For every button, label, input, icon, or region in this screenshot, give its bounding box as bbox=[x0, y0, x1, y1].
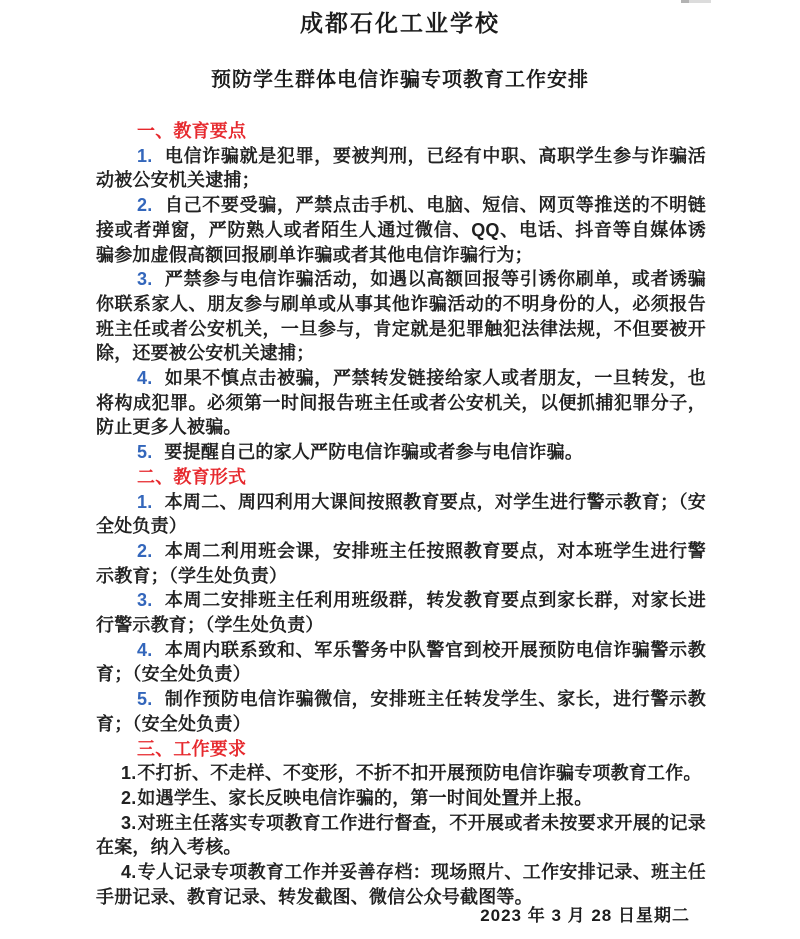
list-item: 2.自己不要受骗，严禁点击手机、电脑、短信、网页等推送的不明链接或者弹窗，严防熟… bbox=[96, 193, 706, 267]
screen-artifact bbox=[681, 0, 711, 3]
item-number: 4. bbox=[137, 368, 152, 388]
item-number: 4. bbox=[121, 862, 136, 882]
item-text: 要提醒自己的家人严防电信诈骗或者参与电信诈骗。 bbox=[164, 442, 583, 462]
item-number: 4. bbox=[137, 640, 152, 660]
item-number: 1. bbox=[137, 146, 152, 166]
item-number: 1. bbox=[137, 492, 152, 512]
item-text: 如遇学生、家长反映电信诈骗的，第一时间处置并上报。 bbox=[137, 788, 592, 808]
section-heading: 二、教育形式 bbox=[96, 465, 706, 490]
list-item: 2.本周二利用班会课，安排班主任按照教育要点，对本班学生进行警示教育；（学生处负… bbox=[96, 539, 706, 588]
item-text: 本周二安排班主任利用班级群，转发教育要点到家长群，对家长进行警示教育；（学生处负… bbox=[96, 590, 706, 635]
item-text: 电信诈骗就是犯罪，要被判刑，已经有中职、高职学生参与诈骗活动被公安机关逮捕； bbox=[96, 146, 706, 191]
list-item: 5.制作预防电信诈骗微信，安排班主任转发学生、家长，进行警示教育；（安全处负责） bbox=[96, 687, 706, 736]
list-item: 3.对班主任落实专项教育工作进行督查，不开展或者未按要求开展的记录在案，纳入考核… bbox=[96, 811, 706, 860]
list-item: 4.本周内联系致和、军乐警务中队警官到校开展预防电信诈骗警示教育；（安全处负责） bbox=[96, 638, 706, 687]
screen-artifact-tip bbox=[681, 0, 689, 3]
doc-subtitle: 预防学生群体电信诈骗专项教育工作安排 bbox=[0, 38, 800, 92]
item-number: 3. bbox=[137, 269, 152, 289]
document-body: 一、教育要点 1.电信诈骗就是犯罪，要被判刑，已经有中职、高职学生参与诈骗活动被… bbox=[96, 119, 706, 910]
document-page: 成都石化工业学校 预防学生群体电信诈骗专项教育工作安排 一、教育要点 1.电信诈… bbox=[0, 0, 800, 939]
item-number: 2. bbox=[121, 788, 136, 808]
doc-date: 2023 年 3 月 28 日星期二 bbox=[480, 901, 690, 926]
item-text: 本周内联系致和、军乐警务中队警官到校开展预防电信诈骗警示教育；（安全处负责） bbox=[96, 640, 706, 685]
list-item: 1.电信诈骗就是犯罪，要被判刑，已经有中职、高职学生参与诈骗活动被公安机关逮捕； bbox=[96, 144, 706, 193]
item-text: 本周二利用班会课，安排班主任按照教育要点，对本班学生进行警示教育；（学生处负责） bbox=[96, 541, 706, 586]
list-item: 3.严禁参与电信诈骗活动，如遇以高额回报等引诱你刷单，或者诱骗你联系家人、朋友参… bbox=[96, 267, 706, 366]
item-text: 如果不慎点击被骗，严禁转发链接给家人或者朋友，一旦转发，也将构成犯罪。必须第一时… bbox=[96, 368, 706, 437]
item-number: 2. bbox=[137, 541, 152, 561]
item-text: 本周二、周四利用大课间按照教育要点，对学生进行警示教育；（安全处负责） bbox=[96, 492, 706, 537]
item-number: 5. bbox=[137, 689, 152, 709]
list-item: 3.本周二安排班主任利用班级群，转发教育要点到家长群，对家长进行警示教育；（学生… bbox=[96, 588, 706, 637]
list-item: 4.如果不慎点击被骗，严禁转发链接给家人或者朋友，一旦转发，也将构成犯罪。必须第… bbox=[96, 366, 706, 440]
item-text: 不打折、不走样、不变形，不折不扣开展预防电信诈骗专项教育工作。 bbox=[137, 763, 701, 783]
item-text: 严禁参与电信诈骗活动，如遇以高额回报等引诱你刷单，或者诱骗你联系家人、朋友参与刷… bbox=[96, 269, 706, 363]
item-number: 3. bbox=[137, 590, 152, 610]
page-title: 成都石化工业学校 bbox=[0, 0, 800, 38]
item-number: 5. bbox=[137, 442, 152, 462]
item-text: 对班主任落实专项教育工作进行督查，不开展或者未按要求开展的记录在案，纳入考核。 bbox=[96, 813, 706, 858]
item-number: 2. bbox=[137, 195, 152, 215]
list-item: 5.要提醒自己的家人严防电信诈骗或者参与电信诈骗。 bbox=[96, 440, 706, 465]
list-item: 1.不打折、不走样、不变形，不折不扣开展预防电信诈骗专项教育工作。 bbox=[96, 761, 706, 786]
item-text: 制作预防电信诈骗微信，安排班主任转发学生、家长，进行警示教育；（安全处负责） bbox=[96, 689, 706, 734]
section-work-requirements: 三、工作要求 1.不打折、不走样、不变形，不折不扣开展预防电信诈骗专项教育工作。… bbox=[96, 737, 706, 910]
list-item: 1.本周二、周四利用大课间按照教育要点，对学生进行警示教育；（安全处负责） bbox=[96, 490, 706, 539]
list-item: 2.如遇学生、家长反映电信诈骗的，第一时间处置并上报。 bbox=[96, 786, 706, 811]
item-number: 3. bbox=[121, 813, 136, 833]
item-number: 1. bbox=[121, 763, 136, 783]
section-heading: 三、工作要求 bbox=[96, 737, 706, 762]
item-text: 自己不要受骗，严禁点击手机、电脑、短信、网页等推送的不明链接或者弹窗，严防熟人或… bbox=[96, 195, 706, 264]
section-heading: 一、教育要点 bbox=[96, 119, 706, 144]
